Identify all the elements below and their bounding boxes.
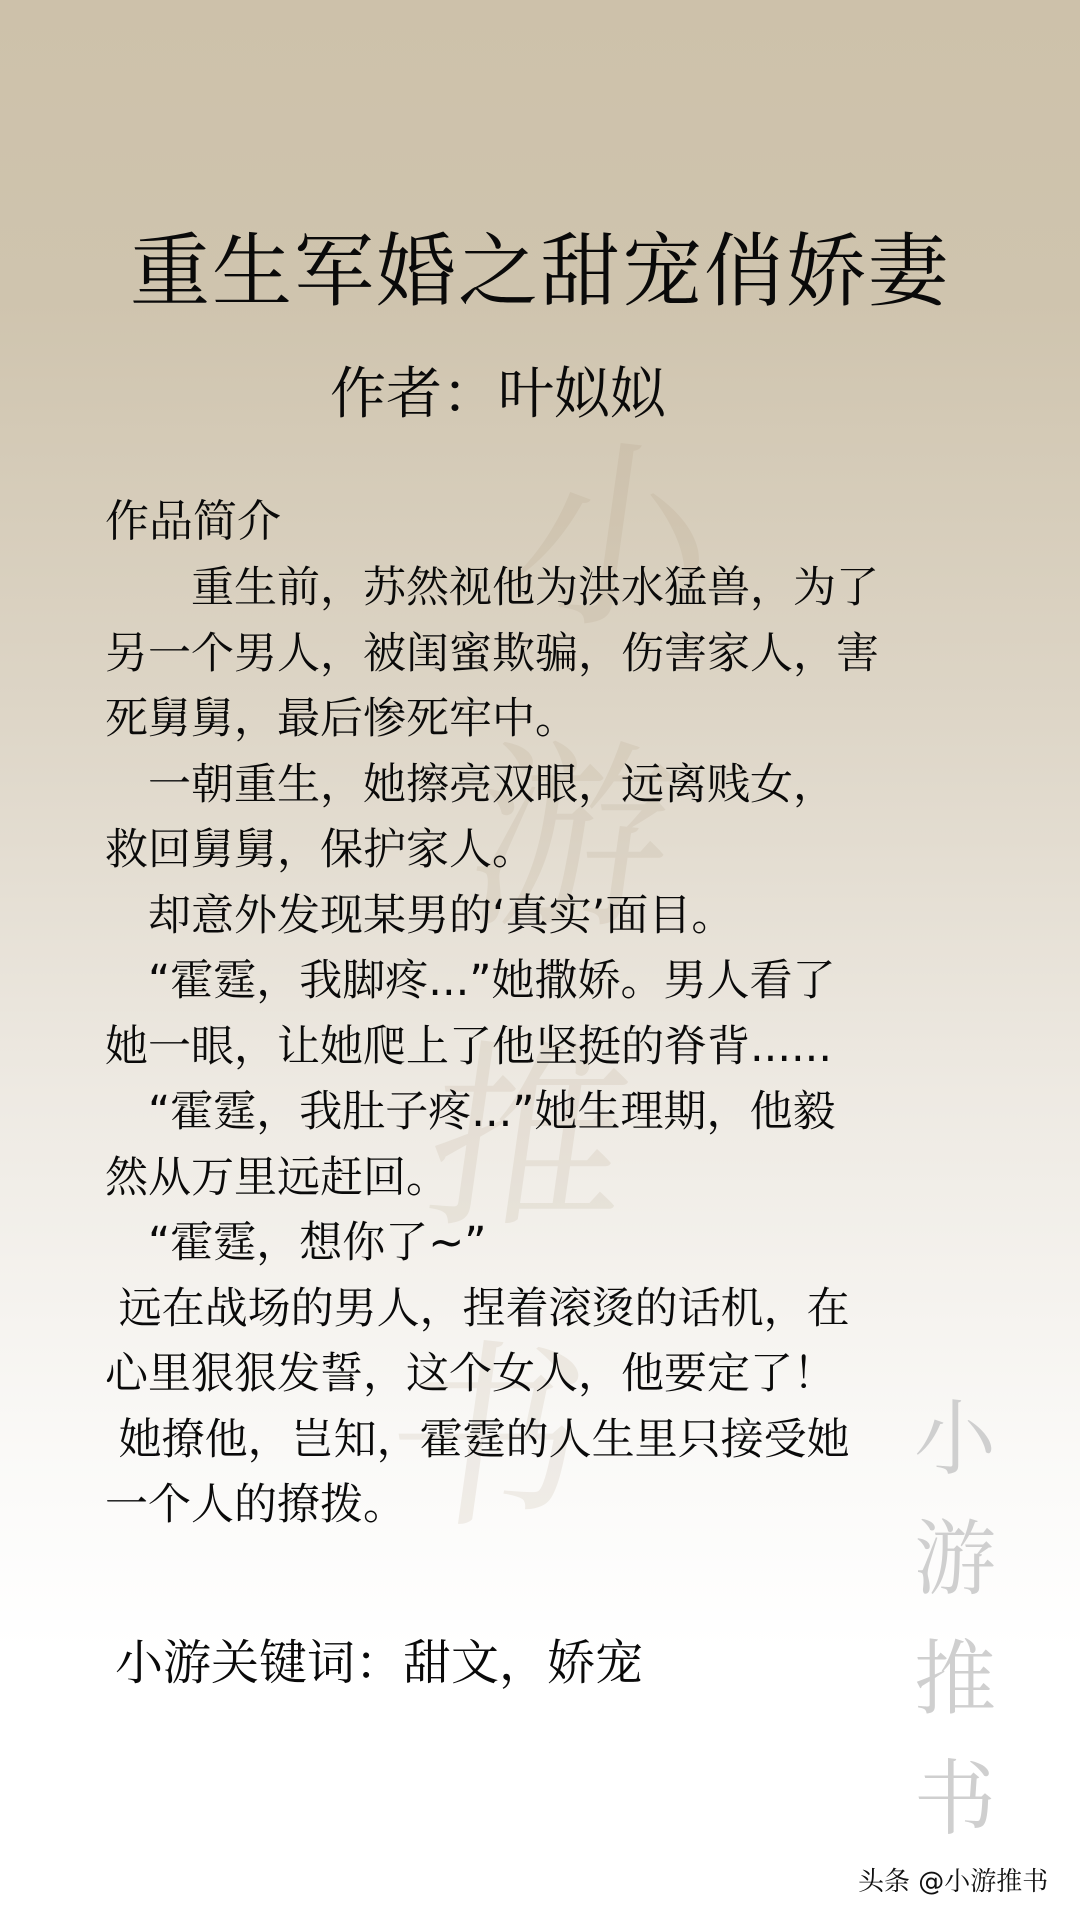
book-title: 重生军婚之甜宠俏娇妻 — [0, 222, 1080, 322]
synopsis-line: 救回舅舅，保护家人。 — [105, 818, 1005, 884]
author-line: 作者：叶姒姒 — [330, 355, 666, 435]
synopsis-line: 重生前，苏然视他为洪水猛兽，为了 — [105, 556, 1005, 622]
synopsis-heading: 作品简介 — [105, 492, 281, 552]
synopsis-line: “霍霆，我肚子疼...”她生理期，他毅 — [105, 1080, 1005, 1146]
synopsis-body: 重生前，苏然视他为洪水猛兽，为了 另一个男人，被闺蜜欺骗，伤害家人，害 死舅舅，… — [105, 556, 1005, 1539]
synopsis-line: 另一个男人，被闺蜜欺骗，伤害家人，害 — [105, 622, 1005, 688]
keywords-line: 小游关键词：甜文，娇宠 — [115, 1628, 643, 1698]
right-watermark: 小 游 推 书 — [900, 1380, 1010, 1860]
synopsis-line: 一个人的撩拨。 — [105, 1473, 1005, 1539]
watermark-char: 游 — [914, 1500, 996, 1620]
synopsis-line: 却意外发现某男的‘真实’面目。 — [105, 884, 1005, 950]
synopsis-line: 死舅舅，最后惨死牢中。 — [105, 687, 1005, 753]
synopsis-line: “霍霆，我脚疼...”她撒娇。男人看了 — [105, 949, 1005, 1015]
watermark-char: 小 — [914, 1380, 996, 1500]
synopsis-line: 心里狠狠发誓，这个女人，他要定了！ — [105, 1342, 1005, 1408]
synopsis-line: 然从万里远赶回。 — [105, 1146, 1005, 1212]
synopsis-line: “霍霆，想你了~” — [105, 1211, 1005, 1277]
source-attribution: 头条 @小游推书 — [858, 1865, 1048, 1899]
synopsis-line: 远在战场的男人，捏着滚烫的话机，在 — [105, 1277, 1005, 1343]
synopsis-line: 一朝重生，她擦亮双眼，远离贱女， — [105, 753, 1005, 819]
watermark-char: 书 — [914, 1740, 996, 1860]
synopsis-line: 她一眼，让她爬上了他坚挺的脊背...... — [105, 1015, 1005, 1081]
watermark-char: 推 — [914, 1620, 996, 1740]
synopsis-line: 她撩他，岂知，霍霆的人生里只接受她 — [105, 1408, 1005, 1474]
